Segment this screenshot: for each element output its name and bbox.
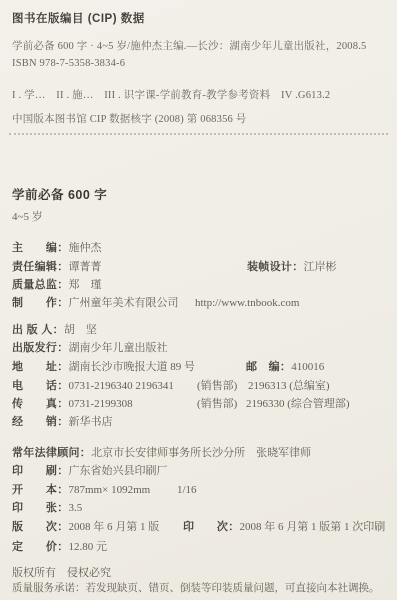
- row-address: 地 址：湖南长沙市晚报大道 89 号 邮 编：410016: [12, 359, 389, 376]
- row-producer: 制 作：广州童年美术有限公司 http://www.tnbook.com: [12, 295, 389, 312]
- edition-label: 版 次：: [12, 521, 69, 533]
- book-title: 学前必备 600 字: [12, 185, 389, 203]
- price-value: 12.80 元: [69, 541, 108, 553]
- printer-label: 印 刷：: [12, 465, 69, 477]
- impression-group: 印 次：2008 年 6 月第 1 版第 1 次印刷: [183, 519, 385, 536]
- classification-line: I . 学… II . 施… III . 识字课-学前教育-教学参考资料 IV …: [12, 87, 389, 102]
- copyright-notice: 版权所有 侵权必究: [12, 564, 389, 580]
- isbn-line: ISBN 978-7-5358-3834-6: [12, 58, 389, 69]
- chief-editor-label: 主 编：: [12, 242, 69, 254]
- fax-dept: (销售部): [197, 396, 237, 413]
- row-publishing-house: 出版发行：湖南少年儿童出版社: [12, 340, 389, 357]
- telephone2-group: 2196313 (总编室): [248, 378, 330, 395]
- telephone2-number: 2196313: [248, 380, 287, 392]
- design-credit: 装帧设计：江岸彬: [247, 259, 337, 276]
- zip-group: 邮 编：410016: [246, 359, 324, 376]
- fax2-dept: (综合管理部): [287, 398, 349, 410]
- publisher-value: 胡 坚: [64, 324, 97, 336]
- cip-header: 图书在版编目 (CIP) 数据: [12, 10, 389, 26]
- quality-director-value: 郑 瑾: [69, 279, 102, 291]
- format-value: 787mm× 1092mm: [69, 484, 151, 496]
- fax-label: 传 真：: [12, 398, 69, 410]
- address-value: 湖南长沙市晚报大道 89 号: [69, 361, 196, 373]
- row-distributor: 经 销：新华书店: [12, 414, 389, 431]
- row-edition: 版 次：2008 年 6 月第 1 版 印 次：2008 年 6 月第 1 版第…: [12, 519, 389, 536]
- publishing-house-label: 出版发行：: [12, 342, 69, 354]
- address-label: 地 址：: [12, 361, 69, 373]
- design-value: 江岸彬: [304, 261, 337, 273]
- website-url: http://www.tnbook.com: [195, 295, 299, 312]
- telephone-label: 电 话：: [12, 380, 69, 392]
- producer-value: 广州童年美术有限公司: [69, 297, 179, 309]
- row-price: 定 价：12.80 元: [12, 539, 389, 556]
- responsible-editor-value: 谭菁菁: [69, 261, 102, 273]
- cip-record-line: 中国版本图书馆 CIP 数据核字 (2008) 第 068356 号: [12, 111, 389, 126]
- row-quality-director: 质量总监：郑 瑾: [12, 277, 389, 294]
- design-label: 装帧设计：: [247, 261, 304, 273]
- cip-entry: 学前必备 600 字 · 4~5 岁/施仲杰主编.—长沙：湖南少年儿童出版社，2…: [12, 38, 389, 53]
- row-chief-editor: 主 编：施仲杰: [12, 240, 389, 257]
- edition-value: 2008 年 6 月第 1 版: [69, 521, 160, 533]
- quality-promise: 质量服务承诺：若发现缺页、错页、倒装等印装质量问题，可直接向本社调换。: [12, 580, 389, 595]
- fax-number: 0731-2199308: [69, 398, 133, 410]
- row-format: 开 本：787mm× 1092mm 1/16: [12, 482, 389, 499]
- row-telephone: 电 话：0731-2196340 2196341 (销售部) 2196313 (…: [12, 378, 389, 395]
- legal-counsel-value: 北京市长安律师事务所长沙分所 张晓军律师: [91, 447, 311, 459]
- responsible-editor-label: 责任编辑：: [12, 261, 69, 273]
- dashed-divider: [9, 133, 388, 135]
- price-label: 定 价：: [12, 541, 69, 553]
- telephone2-dept: (总编室): [289, 380, 329, 392]
- producer-label: 制 作：: [12, 297, 69, 309]
- row-sheets: 印 张：3.5: [12, 500, 389, 517]
- fax2-number: 2196330: [246, 398, 285, 410]
- age-range: 4~5 岁: [12, 208, 389, 224]
- telephone-numbers: 0731-2196340 2196341: [69, 380, 174, 392]
- publishing-house-value: 湖南少年儿童出版社: [69, 342, 168, 354]
- quality-director-label: 质量总监：: [12, 279, 69, 291]
- format-fraction: 1/16: [177, 484, 197, 496]
- zip-value: 410016: [291, 361, 324, 373]
- publisher-label: 出 版 人：: [12, 324, 64, 336]
- row-legal-counsel: 常年法律顾问：北京市长安律师事务所长沙分所 张晓军律师: [12, 445, 389, 462]
- distributor-label: 经 销：: [12, 416, 69, 428]
- row-responsible-editor: 责任编辑：谭菁菁 装帧设计：江岸彬: [12, 259, 389, 276]
- format-label: 开 本：: [12, 484, 69, 496]
- distributor-value: 新华书店: [69, 416, 113, 428]
- impression-value: 2008 年 6 月第 1 版第 1 次印刷: [240, 521, 386, 533]
- legal-counsel-label: 常年法律顾问：: [12, 447, 91, 459]
- sheets-label: 印 张：: [12, 502, 69, 514]
- zip-label: 邮 编：: [246, 361, 291, 373]
- row-publisher: 出 版 人：胡 坚: [12, 322, 389, 339]
- copyright-page: 图书在版编目 (CIP) 数据 学前必备 600 字 · 4~5 岁/施仲杰主编…: [0, 0, 397, 600]
- printer-value: 广东省始兴县印刷厂: [69, 465, 168, 477]
- row-fax: 传 真：0731-2199308 (销售部) 2196330 (综合管理部): [12, 396, 389, 413]
- telephone-dept: (销售部): [197, 378, 237, 395]
- sheets-value: 3.5: [69, 502, 83, 514]
- row-printer: 印 刷：广东省始兴县印刷厂: [12, 463, 389, 480]
- chief-editor-value: 施仲杰: [69, 242, 102, 254]
- fax2-group: 2196330 (综合管理部): [246, 396, 350, 413]
- impression-label: 印 次：: [183, 521, 240, 533]
